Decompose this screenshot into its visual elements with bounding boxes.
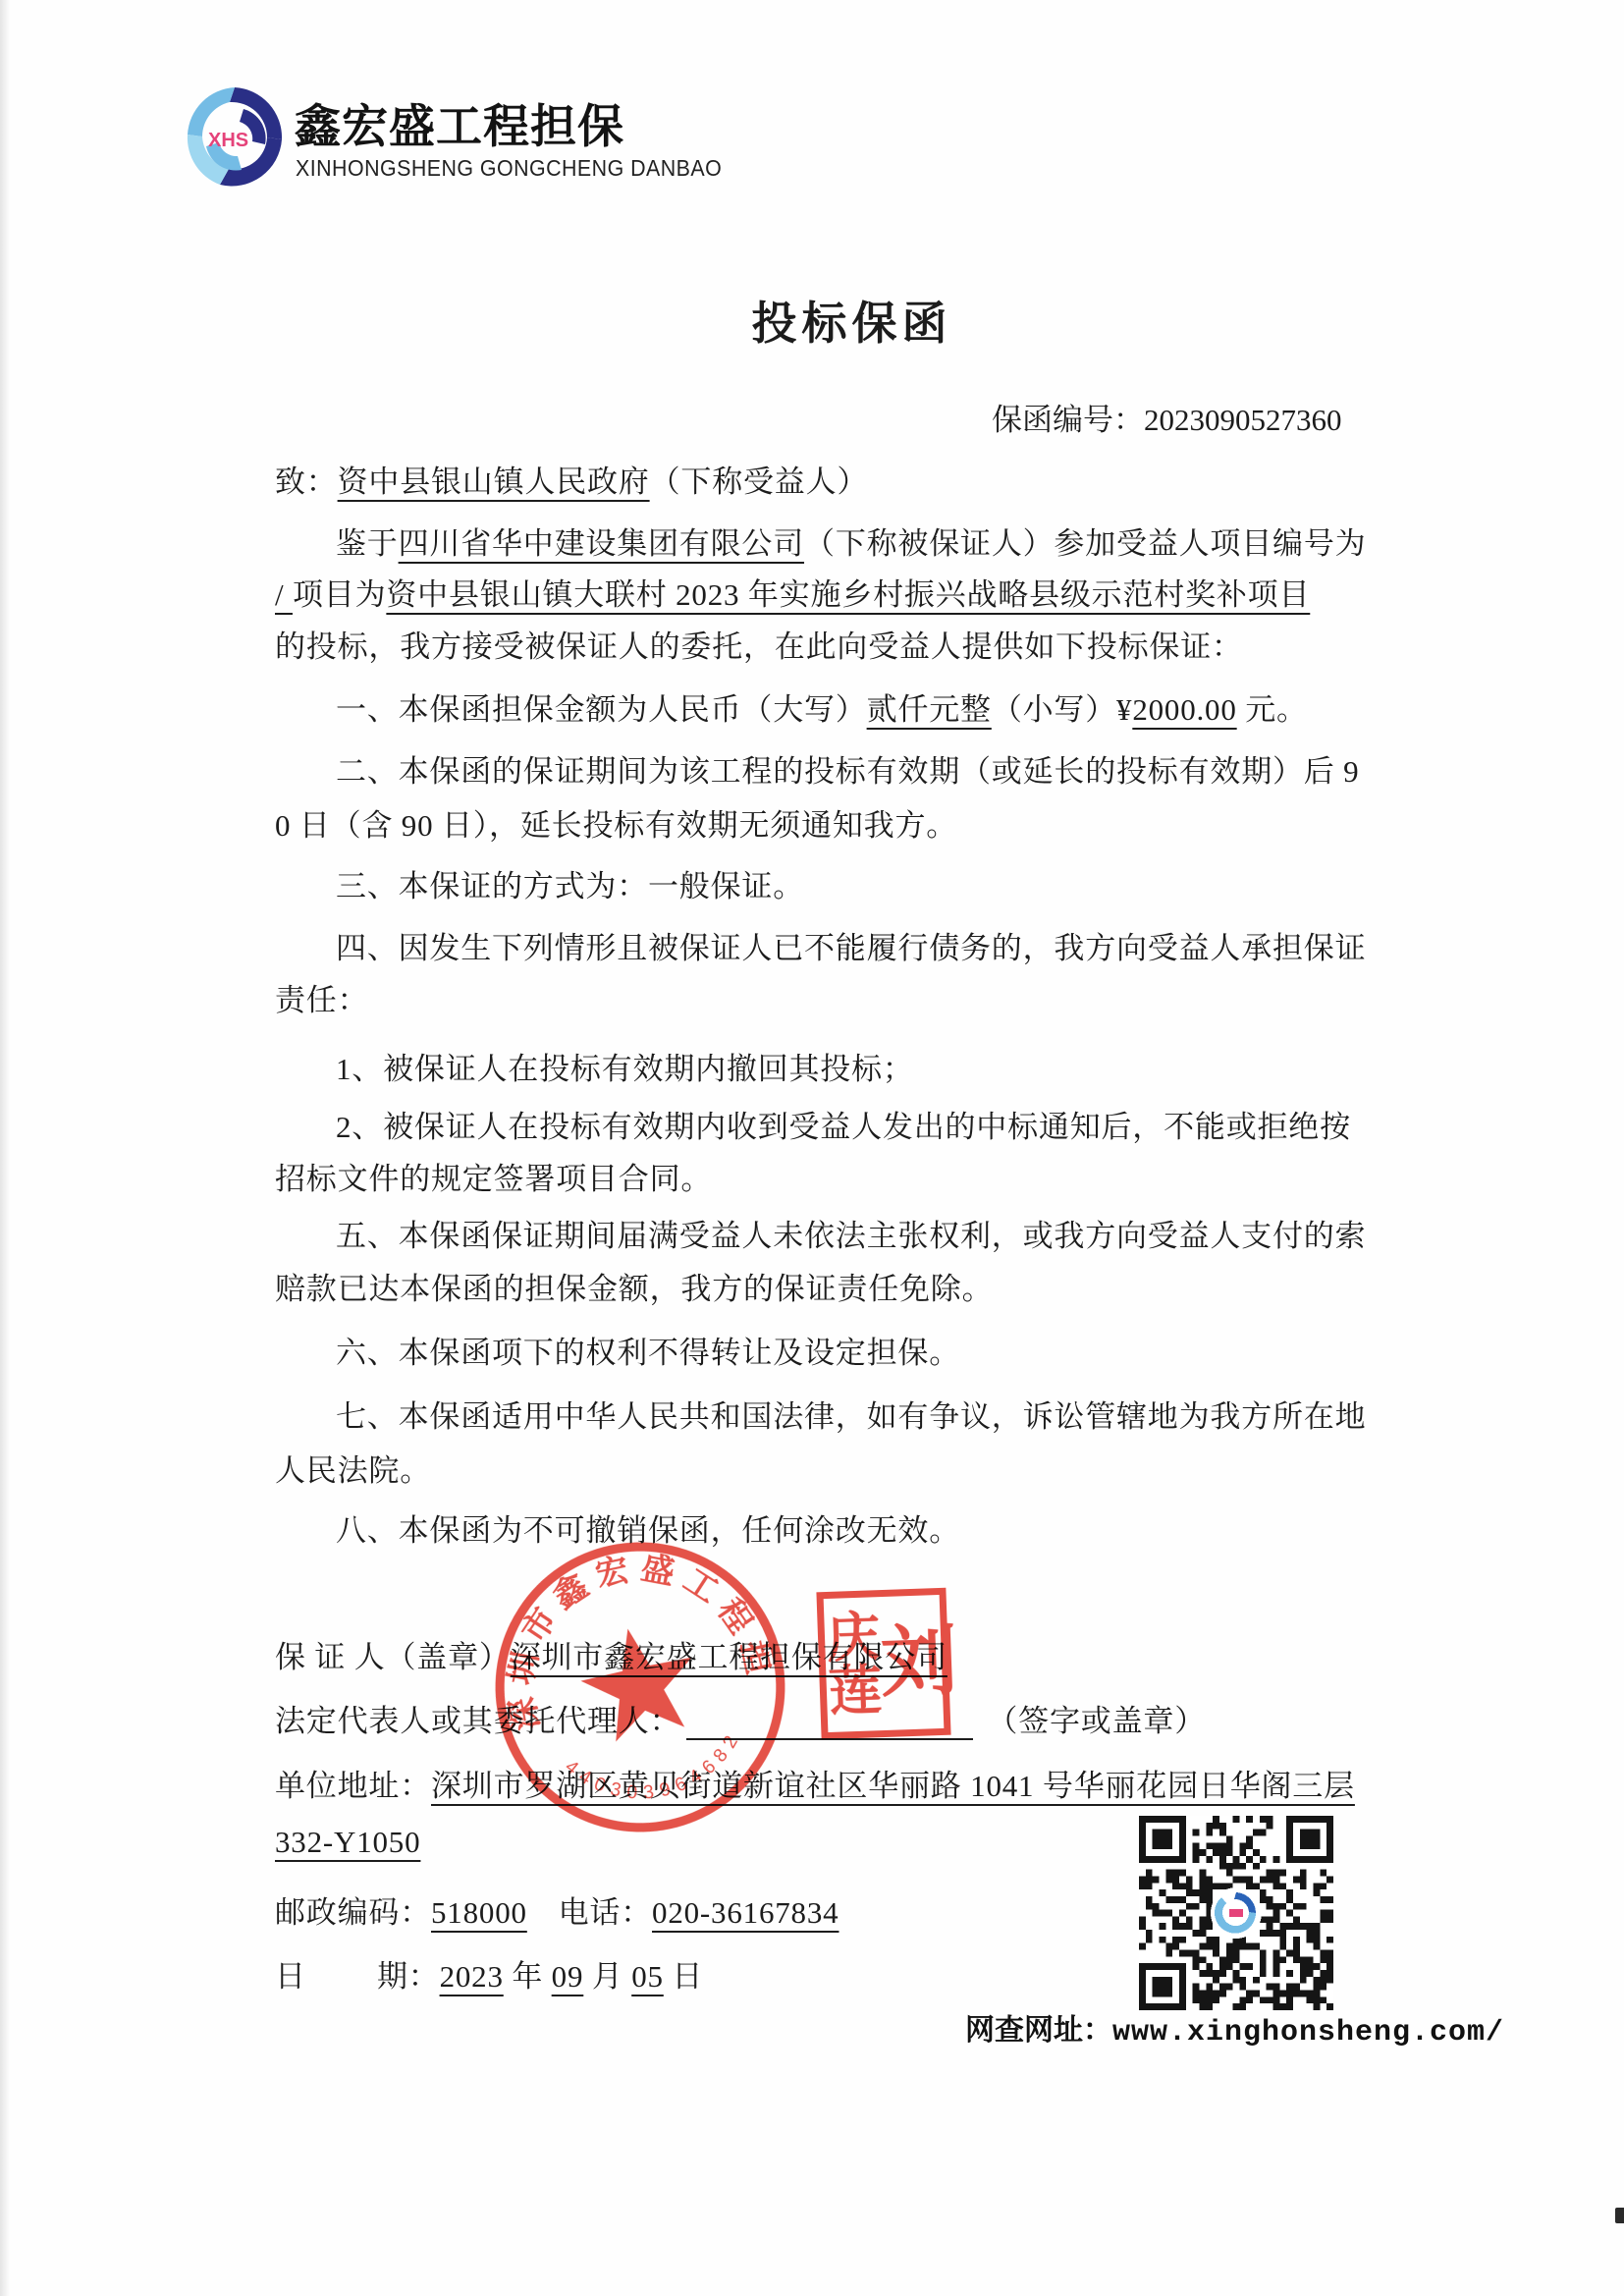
- text-segment: 电话：: [527, 1895, 652, 1930]
- filled-field: 资中县银山镇人民政府: [338, 465, 650, 499]
- text-segment: 三、本保证的方式为：一般保证。: [336, 869, 804, 903]
- text-segment: 项目为: [293, 577, 386, 612]
- text-segment: （下称受益人）: [650, 465, 869, 499]
- seal-char-left-top: 庆: [826, 1611, 881, 1666]
- text-line: 赔款已达本保函的担保金额，我方的保证责任免除。: [275, 1264, 993, 1307]
- text-segment: 元。: [1237, 692, 1308, 727]
- seal-right-column: 刘: [880, 1622, 959, 1702]
- text-segment: 六、本保函项下的权利不得转让及设定担保。: [336, 1336, 960, 1370]
- text-line: 五、本保函保证期间届满受益人未依法主张权利，或我方向受益人支付的索: [336, 1211, 1366, 1254]
- scanned-guarantee-document: XHS 鑫宏盛工程担保 XINHONGSHENG GONGCHENG DANBA…: [0, 0, 1624, 2296]
- text-segment: 邮政编码：: [275, 1895, 431, 1930]
- filled-field: 332-Y1050: [275, 1825, 420, 1859]
- text-line: 1、被保证人在投标有效期内撤回其投标；: [336, 1044, 914, 1087]
- text-segment: 人民法院。: [275, 1453, 431, 1488]
- text-line: 致：资中县银山镇人民政府（下称受益人）: [275, 457, 868, 500]
- company-name: 鑫宏盛工程担保: [295, 90, 624, 156]
- text-segment: 年: [504, 1959, 552, 1994]
- text-segment: （小写）¥: [992, 692, 1133, 727]
- filled-field: 09: [552, 1959, 584, 1994]
- filled-field: 518000: [431, 1895, 527, 1930]
- text-segment: 四、因发生下列情形且被保证人已不能履行债务的，我方向受益人承担保证: [336, 931, 1366, 965]
- text-line: 2、被保证人在投标有效期内收到受益人发出的中标通知后，不能或拒绝按: [336, 1102, 1351, 1145]
- company-logo-icon: XHS: [183, 84, 287, 191]
- filled-field: 020-36167834: [652, 1895, 839, 1930]
- text-segment: 致：: [275, 465, 338, 499]
- company-name-pinyin: XINHONGSHENG GONGCHENG DANBAO: [296, 155, 722, 182]
- guarantee-number-value: 2023090527360: [1144, 403, 1342, 437]
- text-segment: （签字或盖章）: [987, 1704, 1206, 1738]
- text-segment: 2、被保证人在投标有效期内收到受益人发出的中标通知后，不能或拒绝按: [336, 1110, 1351, 1144]
- text-segment: 责任：: [275, 983, 368, 1017]
- guarantee-number-label: 保函编号：: [992, 403, 1144, 437]
- filled-field: 资中县银山镇大联村 2023 年实施乡村振兴战略县级示范村奖补项目: [386, 577, 1310, 612]
- text-segment: 保 证 人（盖章）: [275, 1640, 511, 1674]
- text-line: 三、本保证的方式为：一般保证。: [336, 861, 804, 904]
- text-line: 招标文件的规定签署项目合同。: [275, 1154, 712, 1197]
- text-line: 0 日（含 90 日），延长投标有效期无须通知我方。: [275, 800, 957, 844]
- text-segment: 七、本保函适用中华人民共和国法律，如有争议，诉讼管辖地为我方所在地: [336, 1399, 1366, 1434]
- qr-code: [1139, 1816, 1333, 2010]
- text-segment: 招标文件的规定签署项目合同。: [275, 1162, 712, 1196]
- text-line: 四、因发生下列情形且被保证人已不能履行债务的，我方向受益人承担保证: [336, 923, 1366, 966]
- verify-url-value: www.xinghonsheng.com/: [1112, 2016, 1504, 2050]
- text-line: 责任：: [275, 975, 368, 1018]
- square-name-seal: 刘 庆 莲: [816, 1588, 950, 1740]
- filled-field: 2000.00: [1132, 692, 1236, 727]
- document-title: 投标保函: [275, 288, 1429, 353]
- scan-edge-shadow: [0, 0, 10, 2296]
- seal-char-right: 刘: [880, 1622, 959, 1702]
- text-line: 332-Y1050: [275, 1825, 420, 1868]
- text-segment: 五、本保函保证期间届满受益人未依法主张权利，或我方向受益人支付的索: [336, 1219, 1366, 1253]
- round-company-seal: 深圳市鑫宏盛工程担保有限公司 440303964682: [463, 1510, 818, 1865]
- text-line: 六、本保函项下的权利不得转让及设定担保。: [336, 1328, 960, 1371]
- text-segment: 1、被保证人在投标有效期内撤回其投标；: [336, 1052, 914, 1086]
- text-segment: 一、本保函担保金额为人民币（大写）: [336, 692, 867, 727]
- text-segment: 0 日（含 90 日），延长投标有效期无须通知我方。: [275, 808, 957, 843]
- text-segment: （下称被保证人）参加受益人项目编号为: [804, 526, 1366, 561]
- seal-code-arc-text: 440303964682: [558, 1721, 755, 1821]
- verify-url-line: 网查网址：www.xinghonsheng.com/: [965, 2005, 1504, 2050]
- seal-left-column: 庆 莲: [826, 1611, 883, 1719]
- filled-field: /: [275, 577, 293, 612]
- text-segment: 赔款已达本保函的担保金额，我方的保证责任免除。: [275, 1272, 993, 1306]
- filled-field: 2023: [440, 1959, 504, 1994]
- filled-field: 四川省华中建设集团有限公司: [399, 526, 804, 561]
- text-line: 鉴于四川省华中建设集团有限公司（下称被保证人）参加受益人项目编号为: [336, 519, 1366, 562]
- text-segment: 鉴于: [336, 526, 399, 561]
- text-line: 二、本保函的保证期间为该工程的投标有效期（或延长的投标有效期）后 9: [336, 746, 1359, 790]
- seal-char-left-bottom: 莲: [828, 1664, 883, 1719]
- seal-star: [572, 1616, 706, 1746]
- scan-artifact: [1615, 2208, 1624, 2223]
- text-segment: 二、本保函的保证期间为该工程的投标有效期（或延长的投标有效期）后 9: [336, 754, 1359, 789]
- filled-field: 贰仟元整: [867, 692, 992, 727]
- text-line: 人民法院。: [275, 1446, 431, 1489]
- text-segment: 的投标，我方接受被保证人的委托，在此向受益人提供如下投标保证：: [275, 629, 1243, 664]
- logo-abbr: XHS: [208, 130, 248, 151]
- text-line: 日 期：2023 年 09 月 05 日: [275, 1951, 703, 1995]
- verify-url-label: 网查网址：: [965, 2014, 1112, 2047]
- text-line: 七、本保函适用中华人民共和国法律，如有争议，诉讼管辖地为我方所在地: [336, 1392, 1366, 1435]
- text-segment: 月: [583, 1959, 631, 1994]
- text-segment: 日: [664, 1959, 703, 1994]
- qr-center-logo: [1211, 1887, 1262, 1939]
- text-line: 的投标，我方接受被保证人的委托，在此向受益人提供如下投标保证：: [275, 622, 1243, 665]
- text-line: 邮政编码：518000 电话：020-36167834: [275, 1887, 839, 1931]
- text-segment: 日 期：: [275, 1959, 440, 1994]
- text-line: / 项目为资中县银山镇大联村 2023 年实施乡村振兴战略县级示范村奖补项目: [275, 570, 1310, 613]
- text-line: 一、本保函担保金额为人民币（大写）贰仟元整（小写）¥2000.00 元。: [336, 684, 1308, 728]
- text-segment: 单位地址：: [275, 1769, 431, 1803]
- guarantee-number-line: 保函编号：2023090527360: [992, 395, 1342, 439]
- filled-field: 05: [631, 1959, 664, 1994]
